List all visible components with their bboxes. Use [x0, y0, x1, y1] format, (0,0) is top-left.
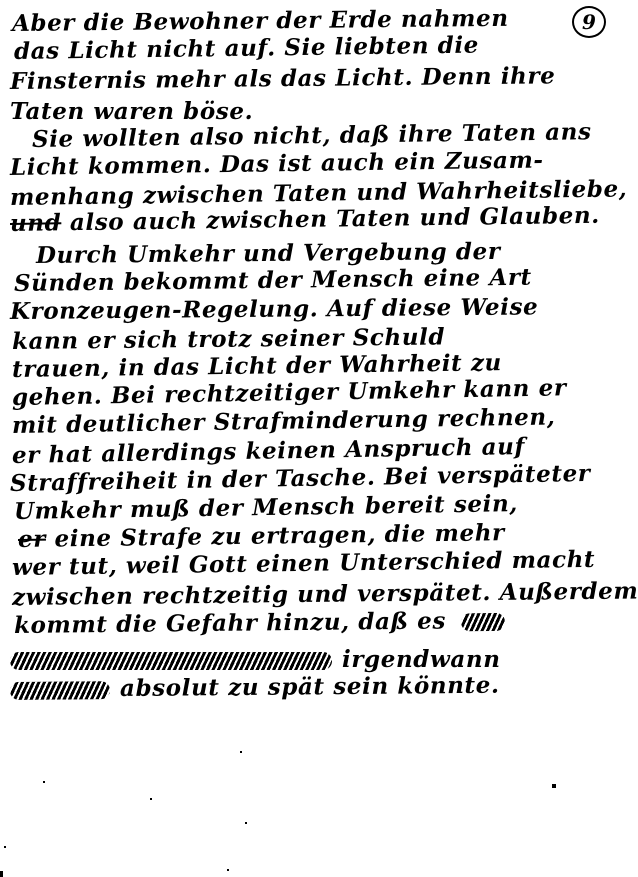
text-line: absolut zu spät sein könnte.	[10, 674, 500, 701]
line-text: das Licht nicht auf. Sie liebten die	[14, 32, 479, 65]
text-line: kommt die Gefahr hinzu, daß es	[14, 609, 515, 637]
line-text: kommt die Gefahr hinzu, daß es	[14, 607, 446, 639]
scan-speck	[43, 781, 45, 783]
scan-speck	[4, 846, 6, 848]
struck-word: und	[10, 209, 62, 237]
scan-speck	[150, 798, 152, 800]
scan-speck	[240, 751, 242, 753]
line-text: Finsternis mehr als das Licht. Denn ihre	[10, 62, 556, 95]
line-text: Taten waren böse.	[10, 98, 253, 125]
text-line: Sünden bekommt der Mensch eine Art	[14, 266, 532, 295]
handwritten-page: 9 Aber die Bewohner der Erde nahmen das …	[0, 0, 638, 877]
scan-edge-mark	[0, 871, 3, 877]
text-line: Finsternis mehr als das Licht. Denn ihre	[10, 64, 556, 93]
text-line: kann er sich trotz seiner Schuld	[12, 325, 445, 353]
text-line: Kronzeugen-Regelung. Auf diese Weise	[10, 295, 539, 323]
line-text: zwischen rechtzeitig und verspätet. Auße…	[12, 577, 638, 611]
line-text: absolut zu spät sein könnte.	[120, 672, 500, 702]
scan-speck	[552, 784, 556, 788]
line-text: Kronzeugen-Regelung. Auf diese Weise	[10, 293, 539, 325]
line-text: irgendwann	[342, 646, 501, 673]
text-line: wer tut, weil Gott einen Unterschied mac…	[12, 548, 595, 579]
scan-speck	[227, 869, 229, 871]
struck-word: er	[18, 526, 46, 553]
scan-speck	[245, 822, 247, 824]
text-line: irgendwann	[10, 648, 501, 671]
scribbled-out-word	[10, 681, 110, 700]
text-line: Taten waren böse.	[10, 100, 253, 123]
scribbled-out-word	[461, 613, 505, 631]
text-line: das Licht nicht auf. Sie liebten die	[14, 34, 479, 63]
scribbled-out-text	[10, 652, 332, 670]
page-number: 9	[582, 12, 596, 32]
text-line: zwischen rechtzeitig und verspätet. Auße…	[12, 579, 638, 609]
text-line: und also auch zwischen Taten und Glauben…	[10, 204, 600, 235]
text-line: mit deutlicher Strafminderung rechnen,	[12, 405, 556, 437]
text-line: Durch Umkehr und Vergebung der	[36, 240, 501, 267]
text-line: Umkehr muß der Mensch bereit sein,	[14, 492, 518, 523]
text-line: Aber die Bewohner der Erde nahmen	[12, 7, 509, 35]
page-number-circle: 9	[572, 6, 606, 38]
text-line: er eine Strafe zu ertragen, die mehr	[18, 521, 505, 551]
text-line: Licht kommen. Das ist auch ein Zusam-	[10, 149, 544, 179]
line-text: Sünden bekommt der Mensch eine Art	[14, 264, 532, 297]
